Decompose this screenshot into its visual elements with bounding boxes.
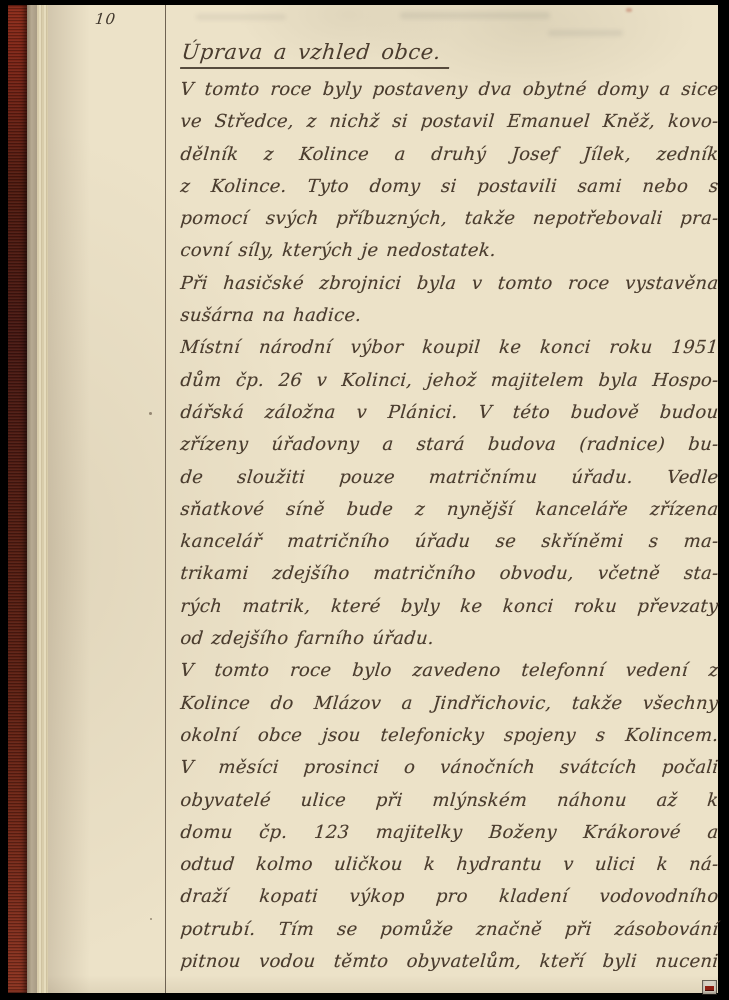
handwritten-line: V tomto roce byly postaveny dva obytné d… xyxy=(179,74,720,106)
handwritten-line: dům čp. 26 v Kolinci, jehož majitelem by… xyxy=(179,365,720,397)
handwritten-line: Při hasičské zbrojnici byla v tomto roce… xyxy=(179,268,720,300)
handwritten-line: Kolince do Mlázov a Jindřichovic, takže … xyxy=(179,688,720,720)
page-gutter xyxy=(27,5,37,993)
handwritten-line: trikami zdejšího matričního obvodu, včet… xyxy=(179,558,720,590)
handwritten-line: de sloužiti pouze matričnímu úřadu. Vedl… xyxy=(179,462,720,494)
handwritten-line: okolní obce jsou telefonicky spojeny s K… xyxy=(179,720,720,752)
handwritten-line: z Kolince. Tyto domy si postavili sami n… xyxy=(179,171,720,203)
handwritten-line: ve Středce, z nichž si postavil Emanuel … xyxy=(179,106,720,138)
handwritten-line: pitnou vodou těmto obyvatelům, kteří byl… xyxy=(179,946,720,978)
minimize-icon[interactable] xyxy=(703,981,716,994)
margin-rule-line xyxy=(165,5,166,993)
stacked-page-edges xyxy=(37,5,48,993)
handwritten-line: potrubí. Tím se pomůže značně při zásobo… xyxy=(179,914,720,946)
ink-bleedthrough-smudge xyxy=(400,12,550,19)
minimize-icon-bar xyxy=(705,986,714,991)
paper-speck xyxy=(149,412,152,415)
paper-speck xyxy=(150,918,152,920)
handwritten-line: V tomto roce bylo zavedeno telefonní ved… xyxy=(179,655,720,687)
handwritten-line: sušárna na hadice. xyxy=(179,300,720,332)
handwritten-line: od zdejšího farního úřadu. xyxy=(179,623,720,655)
handwritten-line: domu čp. 123 majitelky Boženy Krákorové … xyxy=(179,817,720,849)
handwritten-line: sňatkové síně bude z nynější kanceláře z… xyxy=(179,494,720,526)
handwritten-line: covní síly, kterých je nedostatek. xyxy=(179,235,720,267)
handwritten-text-block: V tomto roce byly postaveny dva obytné d… xyxy=(179,74,717,978)
handwritten-line: draží kopati výkop pro kladení vodovodní… xyxy=(179,881,720,913)
ink-bleedthrough-smudge xyxy=(548,30,623,36)
handwritten-line: kancelář matričního úřadu se skříněmi s … xyxy=(179,526,720,558)
red-ink-speck xyxy=(626,8,632,12)
handwritten-line: rých matrik, které byly ke konci roku př… xyxy=(179,591,720,623)
book-binding xyxy=(8,5,27,993)
handwritten-line: odtud kolmo uličkou k hydrantu v ulici k… xyxy=(179,849,720,881)
handwritten-line: zřízeny úřadovny a stará budova (radnice… xyxy=(179,429,720,461)
ink-bleedthrough-smudge xyxy=(196,14,286,20)
handwritten-line: Místní národní výbor koupil ke konci rok… xyxy=(179,332,720,364)
handwritten-line: pomocí svých příbuzných, takže nepotřebo… xyxy=(179,203,720,235)
handwritten-line: dělník z Kolince a druhý Josef Jílek, ze… xyxy=(179,139,720,171)
page-number: 10 xyxy=(94,10,117,28)
handwritten-line: dářská záložna v Plánici. V této budově … xyxy=(179,397,720,429)
handwritten-line: V měsíci prosinci o vánočních svátcích p… xyxy=(179,752,720,784)
handwritten-line: obyvatelé ulice při mlýnském náhonu až k xyxy=(179,785,720,817)
scanned-chronicle-page: 10 Úprava a vzhled obce. V tomto roce by… xyxy=(0,0,729,1000)
section-title: Úprava a vzhled obce. xyxy=(180,40,452,69)
